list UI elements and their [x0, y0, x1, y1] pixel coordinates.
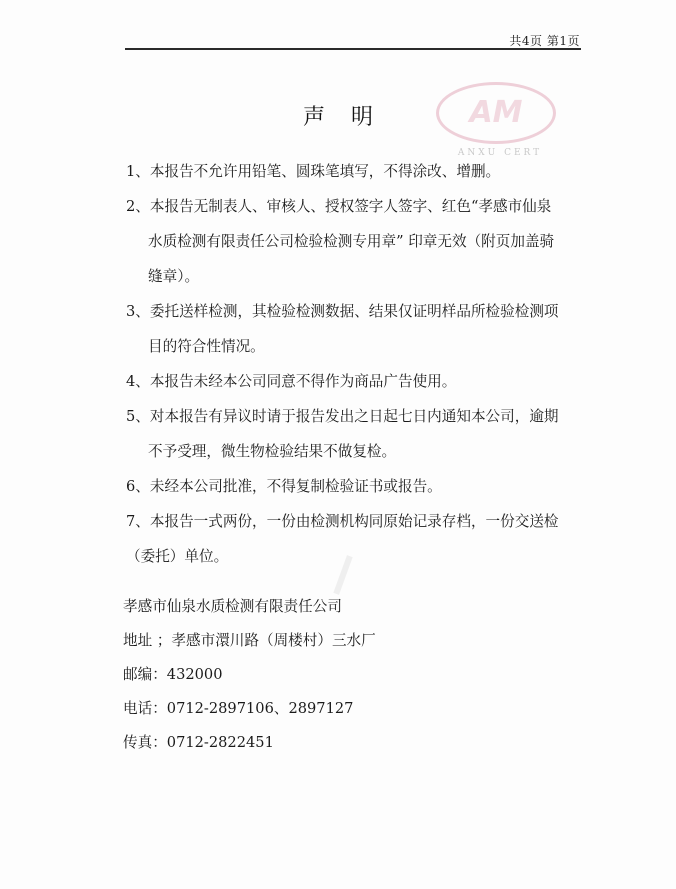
clause-line: 5、对本报告有异议时请于报告发出之日起七日内通知本公司，逾期: [126, 399, 586, 434]
clause-2: 2、本报告无制表人、审核人、授权签字人签字、红色“孝感市仙泉 水质检测有限责任公…: [126, 189, 586, 294]
company-phone: 电话：0712-2897106、2897127: [123, 692, 376, 726]
clause-line: 7、本报告一式两份，一份由检测机构同原始记录存档，一份交送检: [126, 504, 586, 539]
clause-4: 4、本报告未经本公司同意不得作为商品广告使用。: [126, 364, 586, 399]
clause-line: 2、本报告无制表人、审核人、授权签字人签字、红色“孝感市仙泉: [126, 189, 586, 224]
document-page: 共4页 第1页 AM ANXU CERT 声明 1、本报告不允许用铅笔、圆珠笔填…: [0, 0, 676, 889]
clause-3: 3、委托送样检测，其检验检测数据、结果仅证明样品所检验检测项 目的符合性情况。: [126, 294, 586, 364]
clause-5: 5、对本报告有异议时请于报告发出之日起七日内通知本公司，逾期 不予受理，微生物检…: [126, 399, 586, 469]
clause-line: （委托）单位。: [126, 539, 586, 574]
page-counter: 共4页 第1页: [509, 32, 580, 49]
company-postcode: 邮编：432000: [123, 658, 376, 692]
company-address: 地址 ；孝感市澴川路（周楼村）三水厂: [123, 624, 376, 658]
company-name: 孝感市仙泉水质检测有限责任公司: [123, 590, 376, 624]
clause-line: 目的符合性情况。: [126, 329, 586, 364]
clause-line: 水质检测有限责任公司检验检测专用章” 印章无效（附页加盖骑: [126, 224, 586, 259]
clause-line: 4、本报告未经本公司同意不得作为商品广告使用。: [126, 364, 586, 399]
clause-line: 3、委托送样检测，其检验检测数据、结果仅证明样品所检验检测项: [126, 294, 586, 329]
clause-line: 1、本报告不允许用铅笔、圆珠笔填写，不得涂改、增删。: [126, 154, 586, 189]
clause-line: 不予受理，微生物检验结果不做复检。: [126, 434, 586, 469]
company-info: 孝感市仙泉水质检测有限责任公司 地址 ；孝感市澴川路（周楼村）三水厂 邮编：43…: [123, 590, 376, 760]
header-divider: [125, 48, 581, 50]
page-title: 声明: [0, 100, 676, 131]
clause-1: 1、本报告不允许用铅笔、圆珠笔填写，不得涂改、增删。: [126, 154, 586, 189]
clause-6: 6、未经本公司批准，不得复制检验证书或报告。: [126, 469, 586, 504]
declaration-clauses: 1、本报告不允许用铅笔、圆珠笔填写，不得涂改、增删。 2、本报告无制表人、审核人…: [126, 154, 586, 574]
company-fax: 传真：0712-2822451: [123, 726, 376, 760]
clause-7: 7、本报告一式两份，一份由检测机构同原始记录存档，一份交送检 （委托）单位。: [126, 504, 586, 574]
clause-line: 缝章）。: [126, 259, 586, 294]
clause-line: 6、未经本公司批准，不得复制检验证书或报告。: [126, 469, 586, 504]
